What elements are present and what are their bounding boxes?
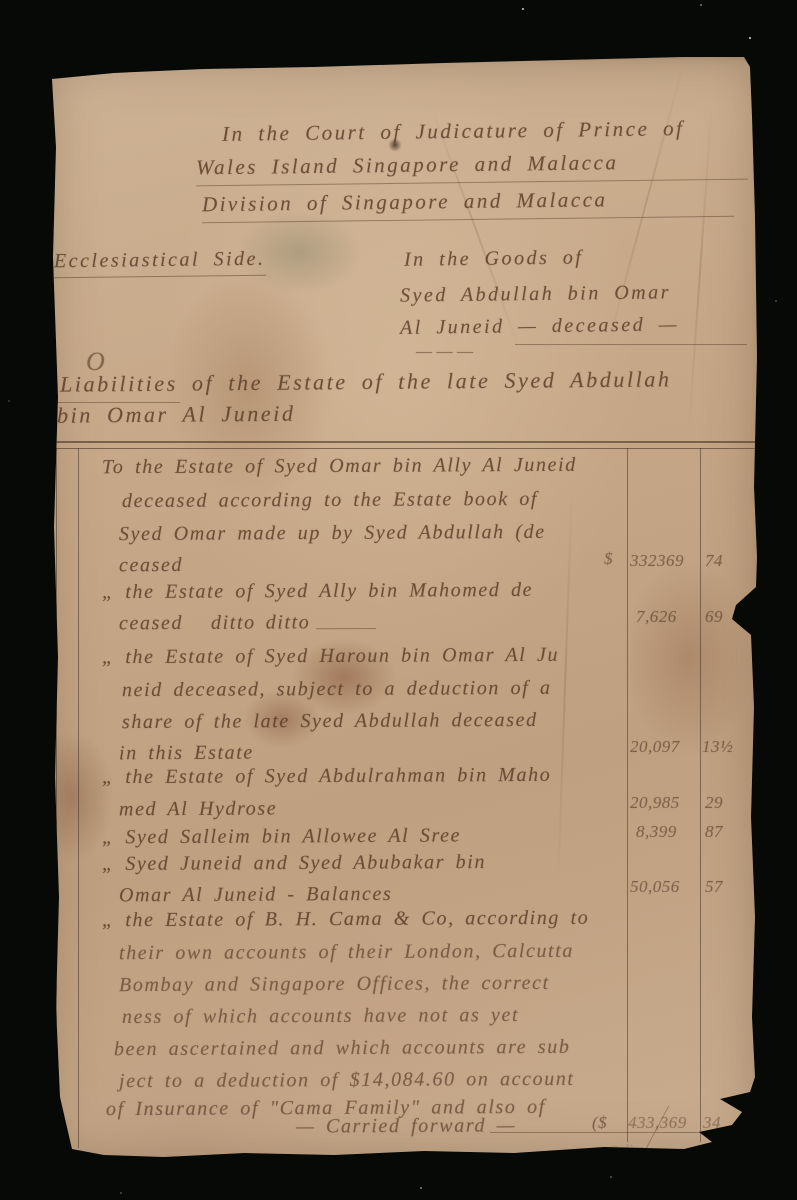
underline-segment [515, 344, 747, 345]
amount-dollars: 8,399 [636, 822, 677, 842]
cents-column-line [700, 448, 701, 1142]
amount-cents: 13½ [702, 737, 733, 757]
title-line-1: Liabilities of the Estate of the late Sy… [60, 366, 672, 397]
entry-line: „ the Estate of Syed Haroun bin Omar Al … [102, 644, 559, 669]
entry-line: ceaseddittoditto [119, 610, 624, 636]
fill-rule [316, 628, 376, 629]
amount-cents: 57 [705, 877, 723, 897]
title-line-2: bin Omar Al Juneid [57, 399, 457, 428]
amount-cents: 87 [705, 822, 723, 842]
entry-line: Bombay and Singapore Offices, the correc… [119, 972, 550, 997]
entry-line: „ Syed Juneid and Syed Abubakar bin [102, 851, 486, 876]
entry-line: in this Estate [119, 740, 624, 766]
table-top-rule-1 [44, 441, 760, 443]
amount-dollars: 20,985 [630, 793, 680, 813]
entry-line: med Al Hydrose [119, 796, 624, 822]
entry-line: „ Syed Salleim bin Allowee Al Sree [102, 824, 624, 850]
entry-line: To the Estate of Syed Omar bin Ally Al J… [102, 454, 577, 479]
amount-dollars: 20,097 [630, 737, 680, 757]
goods-line-2: Syed Abdullah bin Omar [400, 281, 671, 307]
entry-line: deceased according to the Estate book of [122, 488, 538, 513]
court-header-line-1: In the Court of Judicature of Prince of [222, 116, 685, 147]
entry-line: share of the late Syed Abdullah deceased [122, 709, 538, 734]
entry-line: ject to a deduction of $14,084.60 on acc… [119, 1068, 575, 1093]
entry-line: „ the Estate of B. H. Cama & Co, accordi… [102, 907, 589, 933]
photograph-of-document: { "header": { "line1": "In the Court of … [0, 0, 797, 1200]
amount-cents: 29 [705, 793, 723, 813]
faint-note: Salim [609, 1142, 644, 1161]
entry-line: neid deceased, subject to a deduction of… [122, 677, 552, 702]
side-label: Ecclesiastical Side. [54, 248, 266, 279]
goods-line-1: In the Goods of [404, 245, 690, 271]
entry-line: ness of which accounts have not as yet [122, 1004, 519, 1029]
entry-line: Syed Omar made up by Syed Abdullah (de [119, 521, 546, 546]
court-header-line-3: Division of Singapore and Malacca [202, 186, 734, 223]
currency-sign: ($ [592, 1113, 607, 1133]
dollars-column-line [627, 448, 628, 1142]
amount-dollars: 433,369 [628, 1113, 687, 1133]
amount-cents: 74 [705, 551, 723, 571]
entry-line: „ the Estate of Syed Ally bin Mahomed de [102, 579, 533, 604]
currency-sign: $ [604, 549, 613, 569]
court-header-line-2: Wales Island Singapore and Malacca [196, 149, 748, 187]
amount-dollars: 7,626 [636, 607, 677, 627]
entry-line: been ascertained and which accounts are … [114, 1036, 571, 1061]
goods-line-3: Al Juneid — deceased — [400, 313, 706, 340]
dash-marks: — — — [416, 341, 473, 362]
amount-cents: 34 [703, 1113, 721, 1133]
amount-dollars: 332369 [630, 551, 684, 571]
dust-specks [0, 0, 2, 2]
left-margin-line-inner [78, 448, 79, 1148]
entry-line: Omar Al Juneid - Balances [119, 882, 624, 908]
carried-forward-label: — Carried forward — [296, 1114, 516, 1138]
left-margin-line-outer [56, 448, 57, 1148]
document-page: In the Court of Judicature of Prince of … [44, 57, 760, 1162]
entry-line: their own accounts of their London, Calc… [119, 940, 574, 965]
entry-line: „ the Estate of Syed Abdulrahman bin Mah… [102, 764, 551, 789]
amount-dollars: 50,056 [630, 877, 680, 897]
carried-forward-underline [490, 1132, 752, 1133]
table-top-rule-2 [44, 448, 760, 449]
amount-cents: 69 [705, 607, 723, 627]
entry-line: ceased [119, 552, 624, 578]
